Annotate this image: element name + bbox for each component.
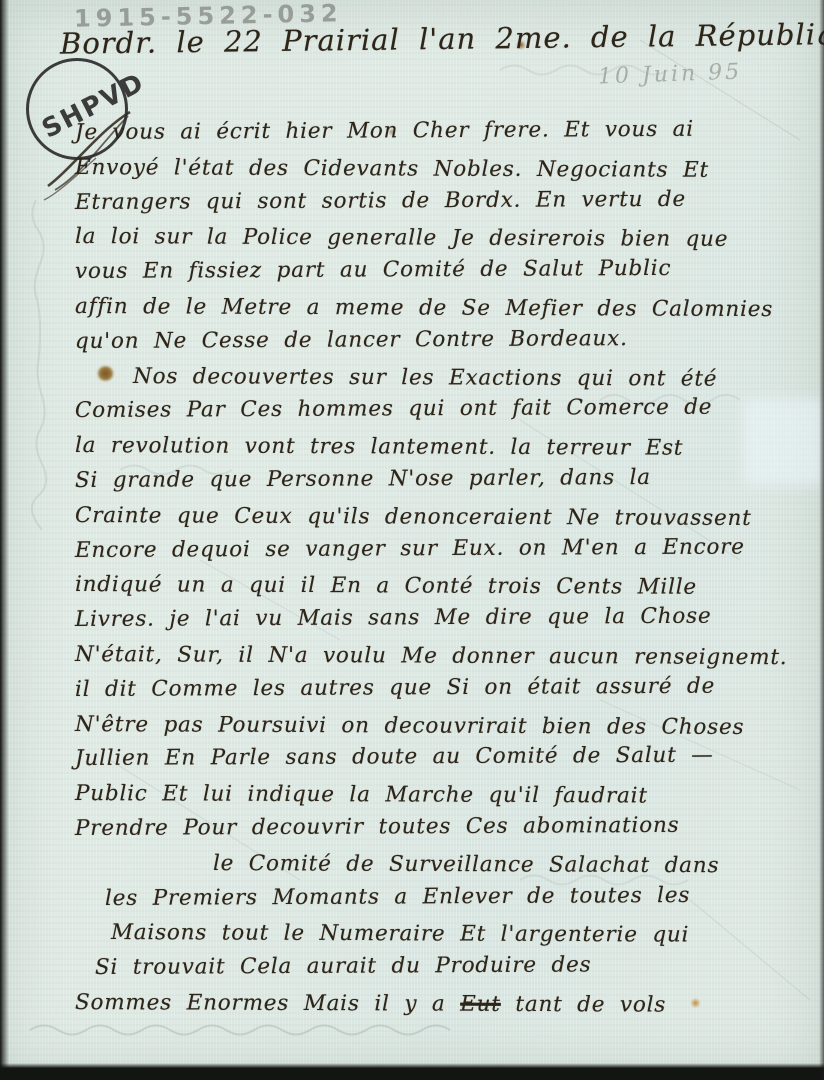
struck-word: Eut	[460, 992, 501, 1017]
letter-line: Jullien En Parle sans doute au Comité de…	[75, 738, 810, 777]
scan-edge-left	[0, 0, 9, 1080]
scan-edge-bottom	[0, 1063, 824, 1080]
letter-line: Livres. je l'ai vu Mais sans Me dire que…	[75, 599, 810, 638]
letter-line-final: Sommes Enormes Mais il y a Eut tant de v…	[75, 986, 810, 1024]
letter-line: qu'on Ne Cesse de lancer Contre Bordeaux…	[75, 321, 810, 360]
letter-line: il dit Comme les autres que Si on était …	[75, 669, 810, 708]
letter-line: Encore dequoi se vanger sur Eux. on M'en…	[75, 530, 810, 569]
final-line-post: tant de vols	[501, 992, 666, 1018]
letter-line: Comises Par Ces hommes qui ont fait Come…	[75, 391, 810, 430]
letter-line: les Premiers Momants a Enlever de toutes…	[105, 878, 810, 916]
letter-line: vous En fissiez part au Comité de Salut …	[75, 251, 810, 290]
letter-body: Je vous ai écrit hier Mon Cher frere. Et…	[75, 116, 810, 1021]
final-line-pre: Sommes Enormes Mais il y a	[75, 990, 460, 1017]
pencil-date-note: 10 Juin 95	[598, 59, 743, 89]
letter-line: Si trouvait Cela aurait du Produire des	[95, 947, 810, 986]
scan-edge-right	[819, 0, 824, 1080]
letter-line: Prendre Pour decouvrir toutes Ces abomin…	[75, 808, 810, 847]
manuscript-page: 1915-5522-032 Bordr. le 22 Prairial l'an…	[0, 0, 824, 1080]
letter-line: Etrangers qui sont sortis de Bordx. En v…	[75, 182, 810, 221]
letter-line: Si grande que Personne N'ose parler, dan…	[75, 460, 810, 499]
letter-line: Je vous ai écrit hier Mon Cher frere. Et…	[75, 112, 810, 151]
